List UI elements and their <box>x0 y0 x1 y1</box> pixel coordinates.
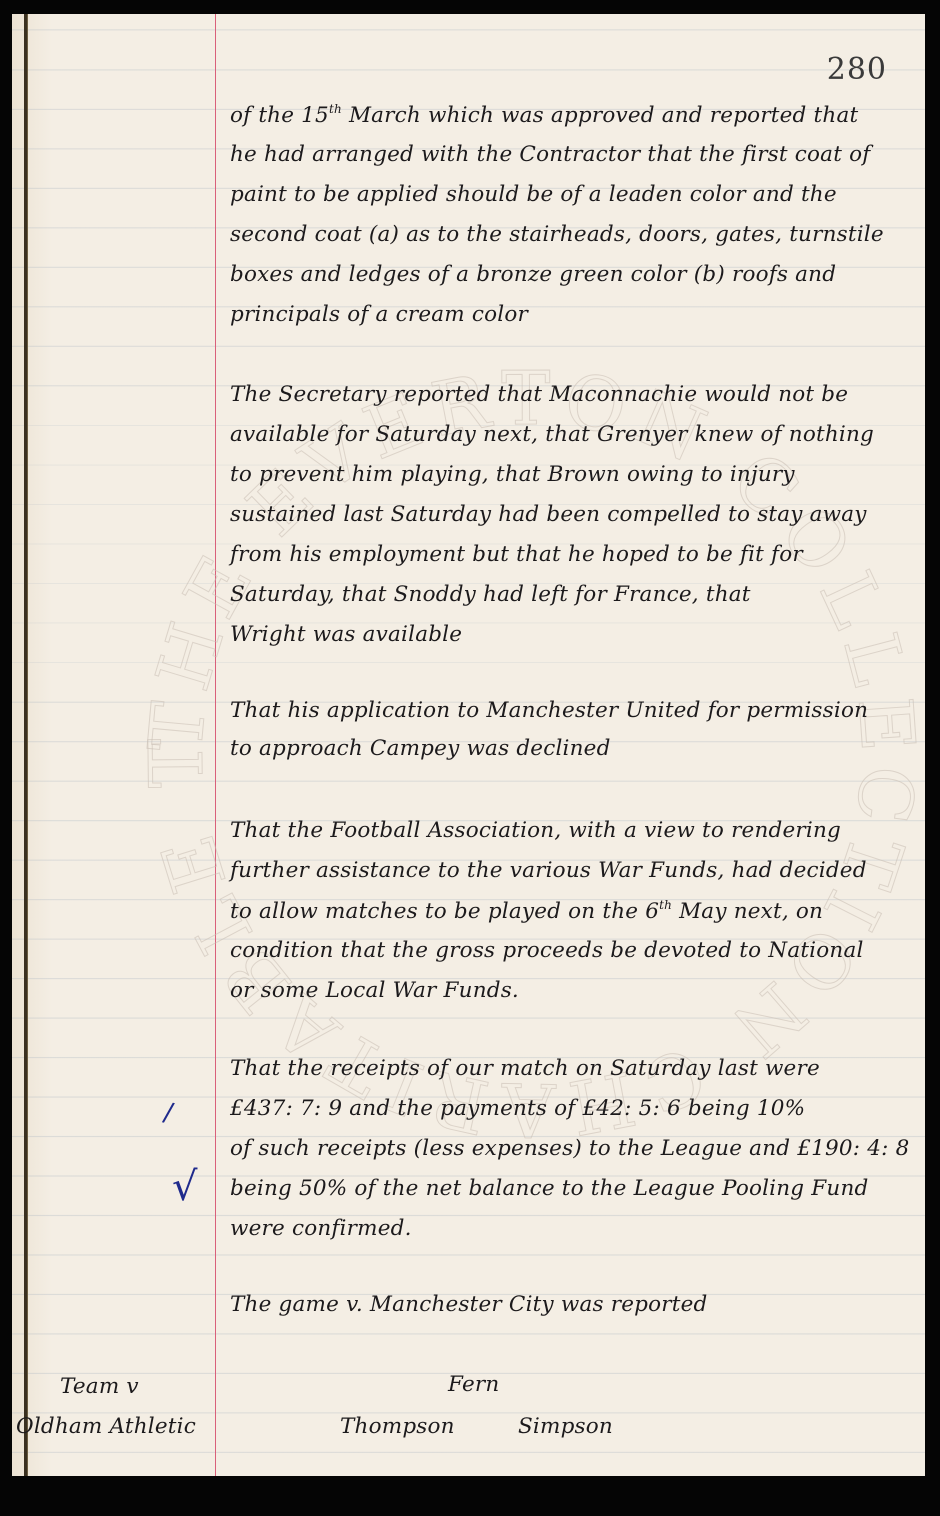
page-binding-edge <box>24 14 27 1476</box>
text-line: from his employment but that he hoped to… <box>230 542 803 567</box>
text-line: he had arranged with the Contractor that… <box>230 142 870 167</box>
margin-rule <box>215 14 216 1476</box>
text-line: The game v. Manchester City was reported <box>230 1292 707 1317</box>
text-line: paint to be applied should be of a leade… <box>230 182 837 207</box>
text-line: Wright was available <box>230 622 462 647</box>
text-line: of the 15th March which was approved and… <box>230 102 858 128</box>
text-line: The Secretary reported that Maconnachie … <box>230 382 848 407</box>
text-line: That the Football Association, with a vi… <box>230 818 841 843</box>
text-line: to approach Campey was declined <box>230 736 611 761</box>
text-line: That the receipts of our match on Saturd… <box>230 1056 820 1081</box>
check-mark-icon: √ <box>172 1164 198 1210</box>
text-line: of such receipts (less expenses) to the … <box>230 1136 909 1161</box>
text-line: or some Local War Funds. <box>230 978 519 1003</box>
text-line: condition that the gross proceeds be dev… <box>230 938 864 963</box>
margin-note-team: Team v <box>60 1374 139 1399</box>
text-line: That his application to Manchester Unite… <box>230 698 868 723</box>
text-line: sustained last Saturday had been compell… <box>230 502 867 527</box>
team-player-back: Thompson <box>340 1414 455 1439</box>
text-line: £437: 7: 9 and the payments of £42: 5: 6… <box>230 1096 805 1121</box>
page-number: 280 <box>827 52 887 87</box>
text-line: second coat (a) as to the stairheads, do… <box>230 222 884 247</box>
team-player-back: Simpson <box>518 1414 613 1439</box>
text-line: boxes and ledges of a bronze green color… <box>230 262 836 287</box>
text-line: being 50% of the net balance to the Leag… <box>230 1176 868 1201</box>
text-line: were confirmed. <box>230 1216 412 1241</box>
text-line: Saturday, that Snoddy had left for Franc… <box>230 582 751 607</box>
text-line: available for Saturday next, that Grenye… <box>230 422 874 447</box>
ledger-page: THE EVERTON COLLECTION CHARITABLE TRUST … <box>12 14 925 1476</box>
margin-note-opponent: Oldham Athletic <box>16 1414 196 1439</box>
text-line: principals of a cream color <box>230 302 528 327</box>
team-player-goalkeeper: Fern <box>448 1372 499 1397</box>
text-line: further assistance to the various War Fu… <box>230 858 867 883</box>
text-line: to allow matches to be played on the 6th… <box>230 898 823 924</box>
text-line: to prevent him playing, that Brown owing… <box>230 462 795 487</box>
